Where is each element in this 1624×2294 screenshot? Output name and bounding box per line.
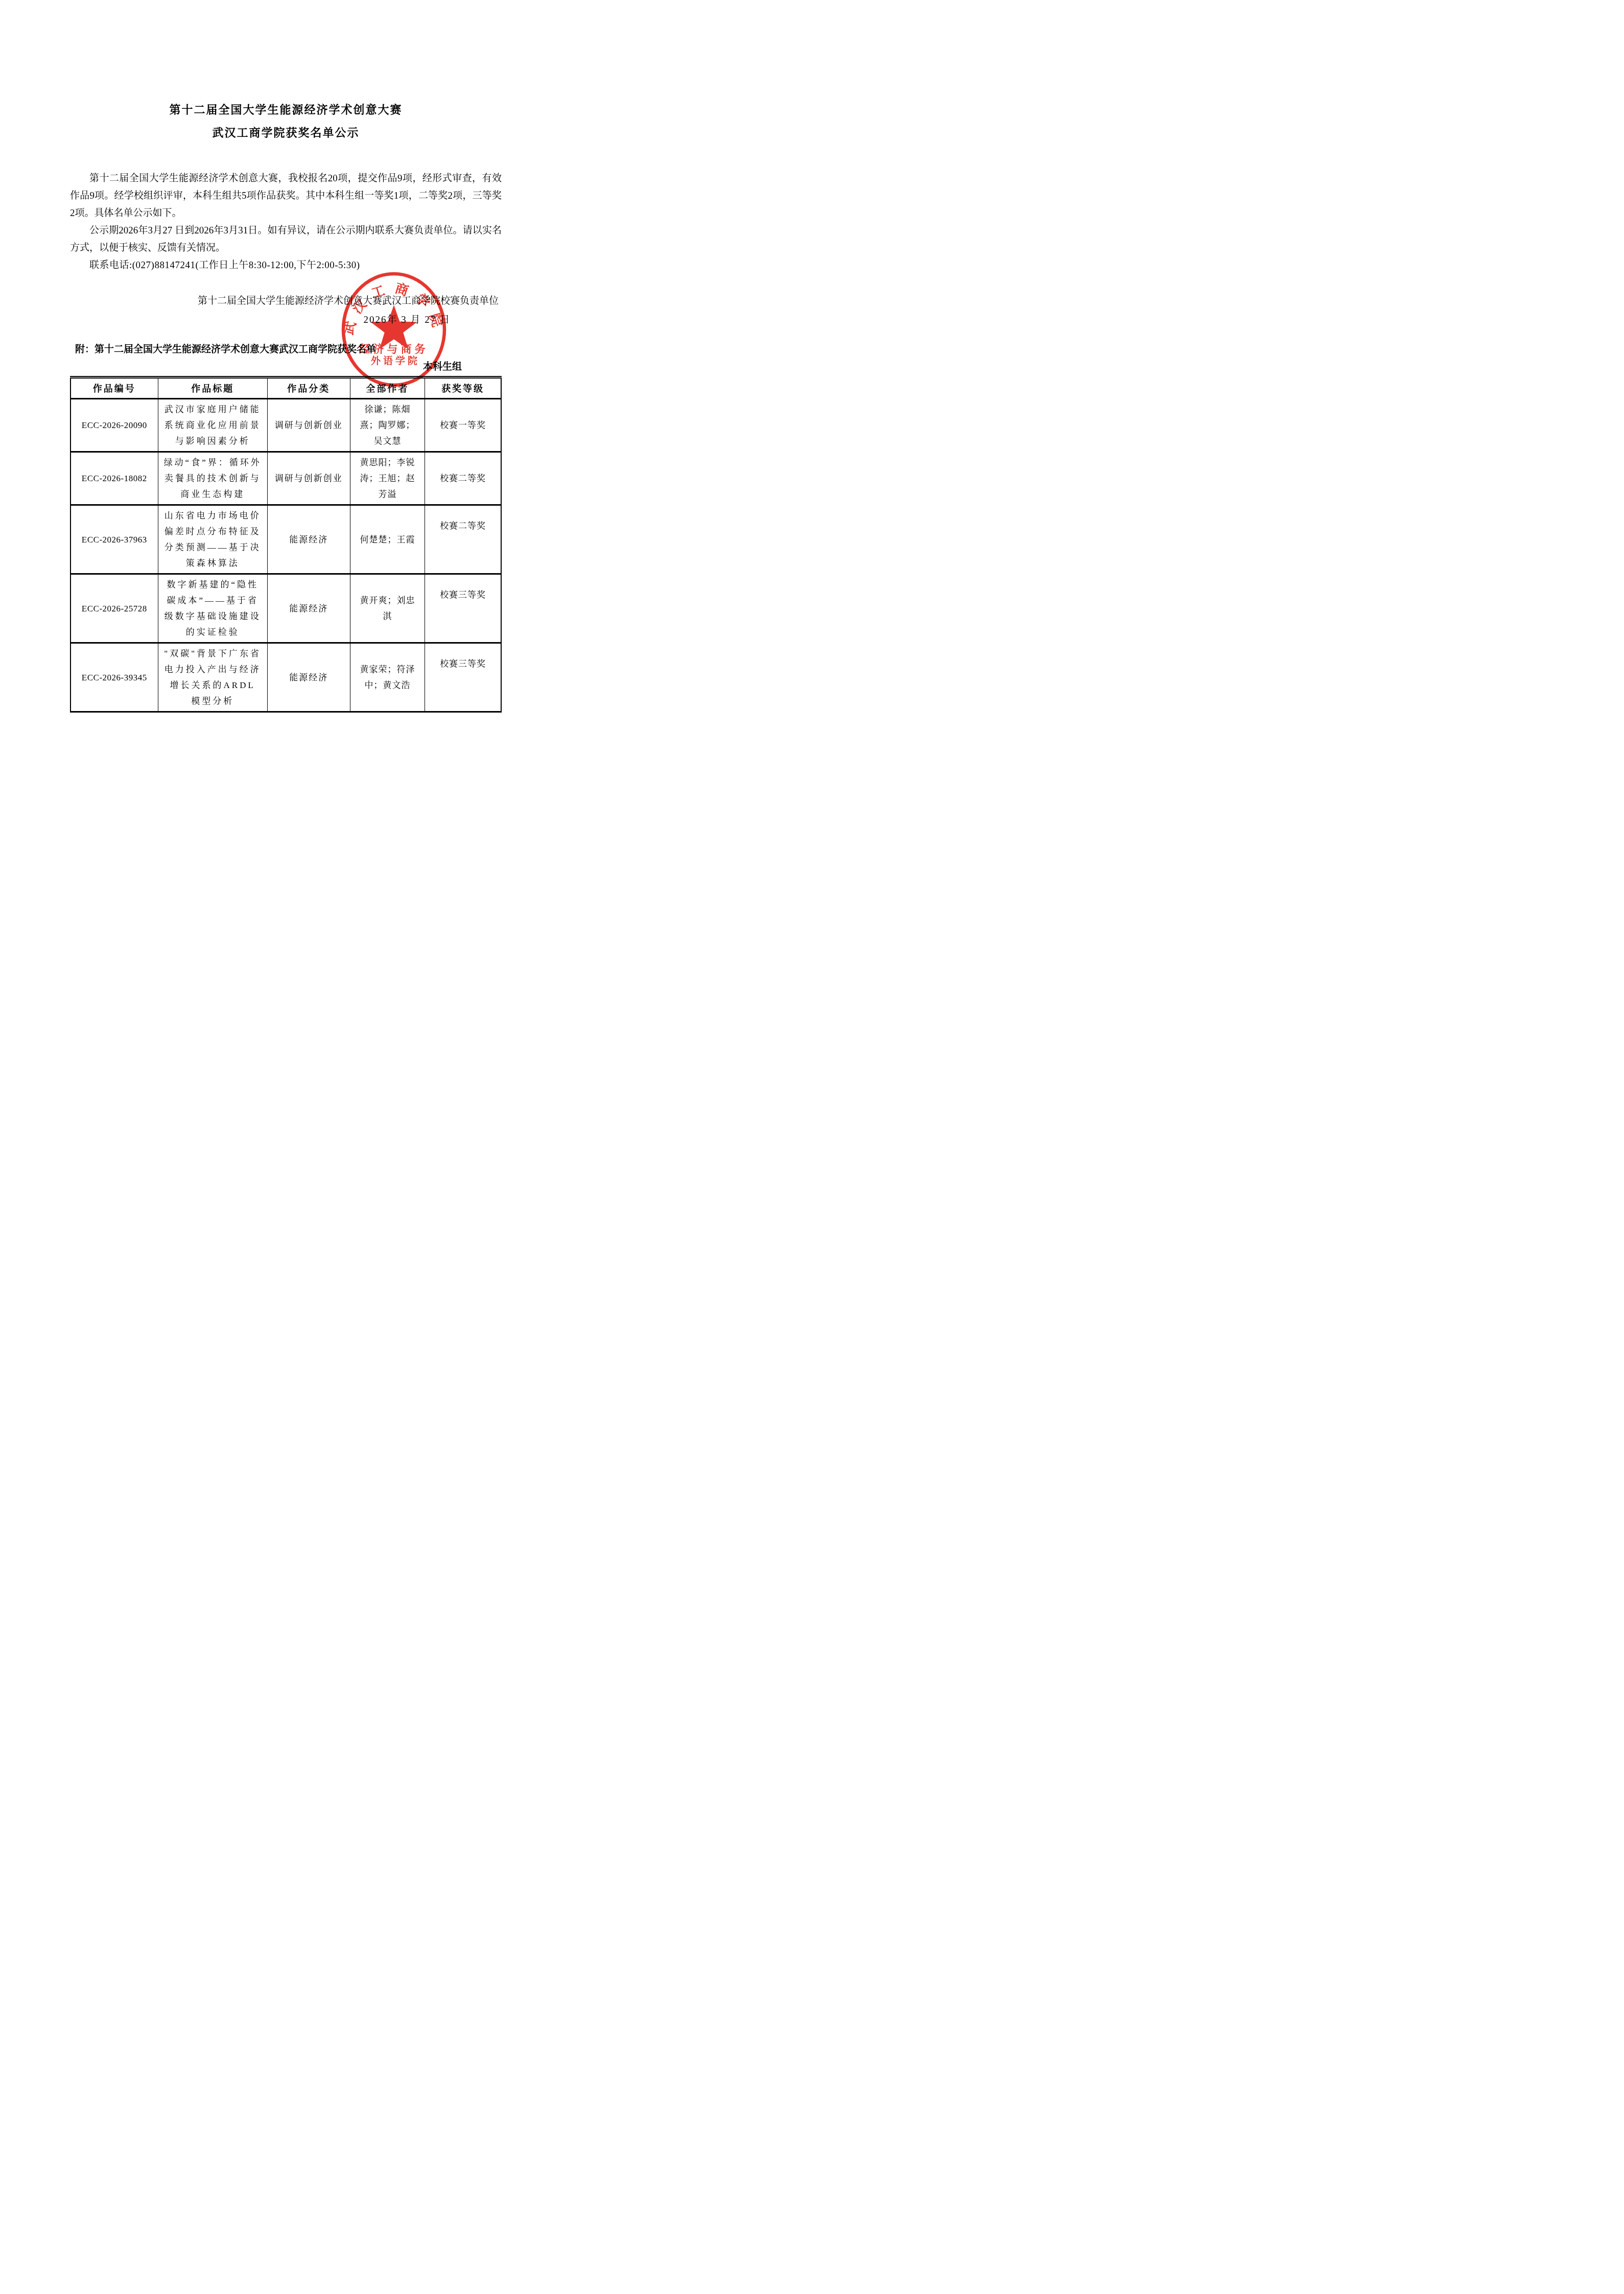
cell-work-id: ECC-2026-18082 [70,452,158,505]
cell-work-id: ECC-2026-20090 [70,399,158,452]
table-row: ECC-2026-39345 "双碳"背景下广东省电力投入产出与经济增长关系的A… [70,643,501,712]
group-label: 本科生组 [70,361,502,374]
table-row: ECC-2026-37963 山东省电力市场电价偏差时点分布特征及分类预测——基… [70,505,501,574]
cell-award: 校赛二等奖 [425,452,501,505]
signature-unit: 第十二届全国大学生能源经济学术创意大赛武汉工商学院校赛负责单位 [70,293,502,310]
page-title-line2: 武汉工商学院获奖名单公示 [70,125,502,140]
cell-authors: 徐谦；陈畑熹；陶罗娜；吴文慧 [350,399,425,452]
cell-authors: 黄思阳；李锐涛；王旭；赵芳溢 [350,452,425,505]
cell-category: 能源经济 [267,505,350,574]
contact-phone-line: 联系电话:(027)88147241(工作日上午8:30-12:00,下午2:0… [70,257,502,274]
cell-award: 校赛一等奖 [425,399,501,452]
attachment-title: 附：第十二届全国大学生能源经济学术创意大赛武汉工商学院获奖名单 [70,341,502,359]
table-row: ECC-2026-20090 武汉市家庭用户储能系统商业化应用前景与影响因素分析… [70,399,501,452]
cell-category: 能源经济 [267,643,350,712]
col-header-work-title: 作品标题 [158,377,267,399]
cell-work-title: "双碳"背景下广东省电力投入产出与经济增长关系的ARDL 模型分析 [158,643,267,712]
col-header-award: 获奖等级 [425,377,501,399]
cell-work-title: 山东省电力市场电价偏差时点分布特征及分类预测——基于决策森林算法 [158,505,267,574]
table-row: ECC-2026-18082 绿动“食”界：循环外卖餐具的技术创新与商业生态构建… [70,452,501,505]
cell-work-id: ECC-2026-37963 [70,505,158,574]
cell-award: 校赛三等奖 [425,643,501,712]
cell-work-id: ECC-2026-39345 [70,643,158,712]
cell-category: 调研与创新创业 [267,452,350,505]
signature-date: 2026年 3 月 27 日 [70,312,502,329]
cell-work-title: 武汉市家庭用户储能系统商业化应用前景与影响因素分析 [158,399,267,452]
col-header-work-id: 作品编号 [70,377,158,399]
col-header-authors: 全部作者 [350,377,425,399]
cell-category: 调研与创新创业 [267,399,350,452]
table-row: ECC-2026-25728 数字新基建的“隐性碳成本”——基于省级数字基础设施… [70,574,501,643]
cell-work-title: 数字新基建的“隐性碳成本”——基于省级数字基础设施建设的实证检验 [158,574,267,643]
col-header-category: 作品分类 [267,377,350,399]
award-table: 作品编号 作品标题 作品分类 全部作者 获奖等级 ECC-2026-20090 … [70,376,502,713]
cell-authors: 何楚楚；王霞 [350,505,425,574]
cell-award: 校赛三等奖 [425,574,501,643]
cell-work-title: 绿动“食”界：循环外卖餐具的技术创新与商业生态构建 [158,452,267,505]
table-header-row: 作品编号 作品标题 作品分类 全部作者 获奖等级 [70,377,501,399]
page-title-line1: 第十二届全国大学生能源经济学术创意大赛 [70,102,502,117]
paragraph-publicity-period: 公示期2026年3月27 日到2026年3月31日。如有异议，请在公示期内联系大… [70,222,502,257]
cell-authors: 黄开爽；刘忠淇 [350,574,425,643]
document-page: 第十二届全国大学生能源经济学术创意大赛 武汉工商学院获奖名单公示 第十二届全国大… [0,0,562,794]
paragraph-summary: 第十二届全国大学生能源经济学术创意大赛，我校报名20项，提交作品9项，经形式审查… [70,170,502,222]
cell-category: 能源经济 [267,574,350,643]
cell-authors: 黄家荣；符泽中；黄文浩 [350,643,425,712]
cell-award: 校赛二等奖 [425,505,501,574]
cell-work-id: ECC-2026-25728 [70,574,158,643]
